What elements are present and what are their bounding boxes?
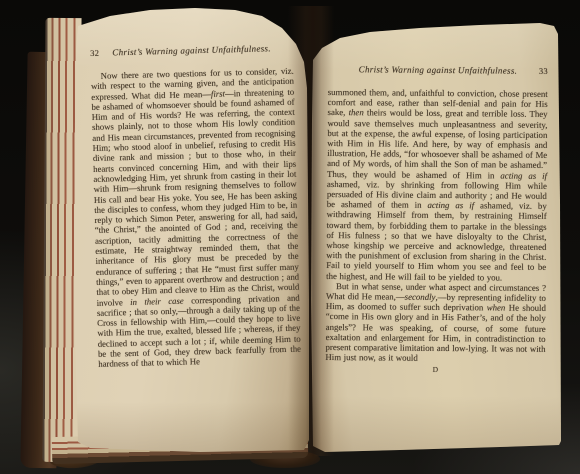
left-page-text: Now there are two questions for us to co… [91,66,302,370]
left-header-spacer [271,51,293,52]
right-running-title: Christ’s Warning against Unfaithfulness. [352,64,524,76]
paragraph: Now there are two questions for us to co… [91,66,302,370]
right-page-content: Christ’s Warning against Unfaithfulness.… [325,64,548,375]
right-running-header: Christ’s Warning against Unfaithfulness.… [328,64,548,76]
right-page-number: 33 [524,66,548,76]
signature-mark: D [325,364,545,375]
paragraph: But in what sense, under what aspect and… [325,281,546,365]
left-page-number: 32 [90,47,112,58]
right-page-text: summoned them, and, unfaithful to convic… [325,87,547,364]
left-page-content: 32 Christ’s Warning against Unfaithfulne… [90,43,301,370]
open-book-photo: 32 Christ’s Warning against Unfaithfulne… [0,0,580,474]
paragraph: summoned them, and, unfaithful to convic… [326,87,548,283]
